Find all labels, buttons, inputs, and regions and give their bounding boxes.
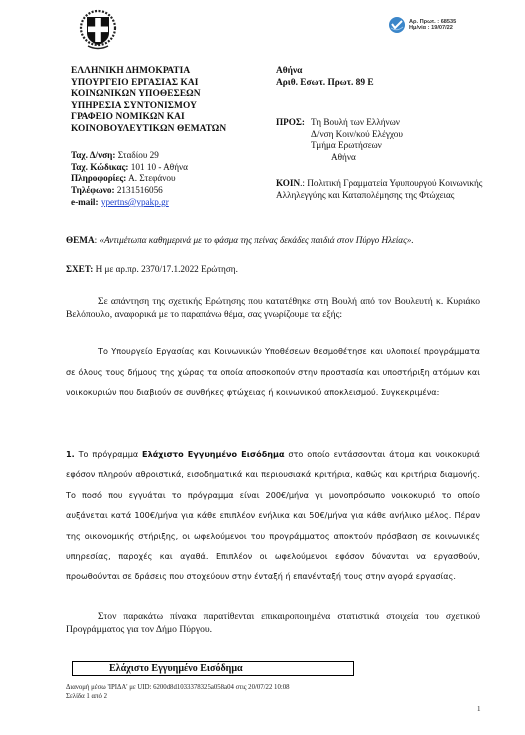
recipient-line: Αθήνα — [276, 152, 403, 164]
program-text: στο οποίο εντάσσονται άτομα και νοικοκυρ… — [66, 449, 480, 581]
recipient-line: Τη Βουλή των Ελλήνων — [311, 117, 400, 127]
recipient-line: Τμήμα Ερωτήσεων — [276, 140, 403, 152]
contact-block: Ταχ. Δ/νση: Σταδίου 29 Ταχ. Κώδικας: 101… — [71, 150, 188, 209]
document-meta: Αθήνα Αριθ. Εσωτ. Πρωτ. 89 Ε — [276, 66, 374, 89]
address-value: Σταδίου 29 — [115, 150, 158, 160]
address-label: Ταχ. Δ/νση: — [71, 150, 115, 160]
subject-label: ΘΕΜΑ — [66, 235, 95, 245]
reference-label: ΣΧΕΤ: — [66, 264, 93, 274]
city: Αθήνα — [276, 66, 374, 78]
stamp-date: Ημ/νία : 19/07/22 — [409, 25, 456, 32]
distribution-note: Διανομή μέσω 'ΙΡΙΔΑ' με UID: 6200d8d1033… — [66, 683, 290, 692]
intro-paragraph: Σε απάντηση της σχετικής Ερώτησης που κα… — [66, 295, 480, 322]
footer: Διανομή μέσω 'ΙΡΙΔΑ' με UID: 6200d8d1033… — [66, 683, 290, 701]
reference-line: ΣΧΕΤ: Η με αρ.πρ. 2370/17.1.2022 Ερώτηση… — [66, 264, 238, 274]
table-intro-paragraph: Στον παρακάτω πίνακα παρατίθενται επικαι… — [66, 610, 480, 637]
phone-label: Τηλέφωνο: — [71, 185, 115, 195]
email-link[interactable]: ypertns@ypakp.gr — [101, 197, 169, 207]
sender-line: ΓΡΑΦΕΙΟ ΝΟΜΙΚΩΝ ΚΑΙ — [71, 112, 226, 124]
sender-line: ΕΛΛΗΝΙΚΗ ΔΗΜΟΚΡΑΤΙΑ — [71, 66, 226, 78]
program-paragraph: 1. Το πρόγραμμα Ελάχιστο Εγγυημένο Εισόδ… — [66, 444, 480, 587]
recipient-block: ΠΡΟΣ:Τη Βουλή των Ελλήνων Δ/νση Κοιν/κού… — [276, 117, 403, 163]
sender-line: ΥΠΟΥΡΓΕΙΟ ΕΡΓΑΣΙΑΣ ΚΑΙ — [71, 78, 226, 90]
recipient-line: Δ/νση Κοιν/κού Ελέγχου — [276, 129, 403, 141]
ministry-paragraph: Το Υπουργείο Εργασίας και Κοινωνικών Υπο… — [66, 341, 480, 403]
page-of: Σελίδα 1 από 2 — [66, 692, 290, 701]
table-header: Ελάχιστο Εγγυημένο Εισόδημα — [72, 661, 354, 676]
program-name: Ελάχιστο Εγγυημένο Εισόδημα — [142, 449, 285, 459]
cc-text: .: Πολιτική Γραμματεία Υφυπουργού Κοινων… — [276, 178, 482, 200]
subject-text: «Αντιμέτωπα καθημερινά με το φάσμα της π… — [99, 235, 413, 245]
page-number: 1 — [477, 705, 481, 713]
subject-line: ΘΕΜΑ: «Αντιμέτωπα καθημερινά με το φάσμα… — [66, 235, 516, 245]
sender-block: ΕΛΛΗΝΙΚΗ ΔΗΜΟΚΡΑΤΙΑ ΥΠΟΥΡΓΕΙΟ ΕΡΓΑΣΙΑΣ Κ… — [71, 66, 226, 135]
recipient-label: ΠΡΟΣ: — [276, 117, 311, 129]
cc-block: ΚΟΙΝ.: Πολιτική Γραμματεία Υφυπουργού Κο… — [276, 178, 506, 201]
sender-line: ΚΟΙΝΩΝΙΚΩΝ ΥΠΟΘΕΣΕΩΝ — [71, 89, 226, 101]
greek-state-emblem-icon — [78, 8, 118, 52]
postcode-value: 101 10 - Αθήνα — [128, 162, 188, 172]
internal-protocol: Αριθ. Εσωτ. Πρωτ. 89 Ε — [276, 78, 374, 90]
program-number: 1. — [66, 449, 75, 459]
protocol-stamp: Αρ. Πρωτ. : 68535 Ημ/νία : 19/07/22 — [388, 16, 456, 34]
cc-label: ΚΟΙΝ — [276, 178, 300, 188]
sender-line: ΚΟΙΝΟΒΟΥΛΕΥΤΙΚΩΝ ΘΕΜΑΤΩΝ — [71, 124, 226, 136]
sender-line: ΥΠΗΡΕΣΙΑ ΣΥΝΤΟΝΙΣΜΟΥ — [71, 101, 226, 113]
phone-value: 2131516056 — [115, 185, 163, 195]
reference-text: Η με αρ.πρ. 2370/17.1.2022 Ερώτηση. — [93, 264, 238, 274]
checkmark-seal-icon — [388, 16, 406, 34]
postcode-label: Ταχ. Κώδικας: — [71, 162, 128, 172]
info-value: Α. Στεφάνου — [126, 173, 175, 183]
email-label: e-mail: — [71, 197, 99, 207]
program-intro: Το πρόγραμμα — [75, 449, 142, 459]
document-page: Αρ. Πρωτ. : 68535 Ημ/νία : 19/07/22 ΕΛΛΗ… — [0, 0, 525, 735]
info-label: Πληροφορίες: — [71, 173, 126, 183]
